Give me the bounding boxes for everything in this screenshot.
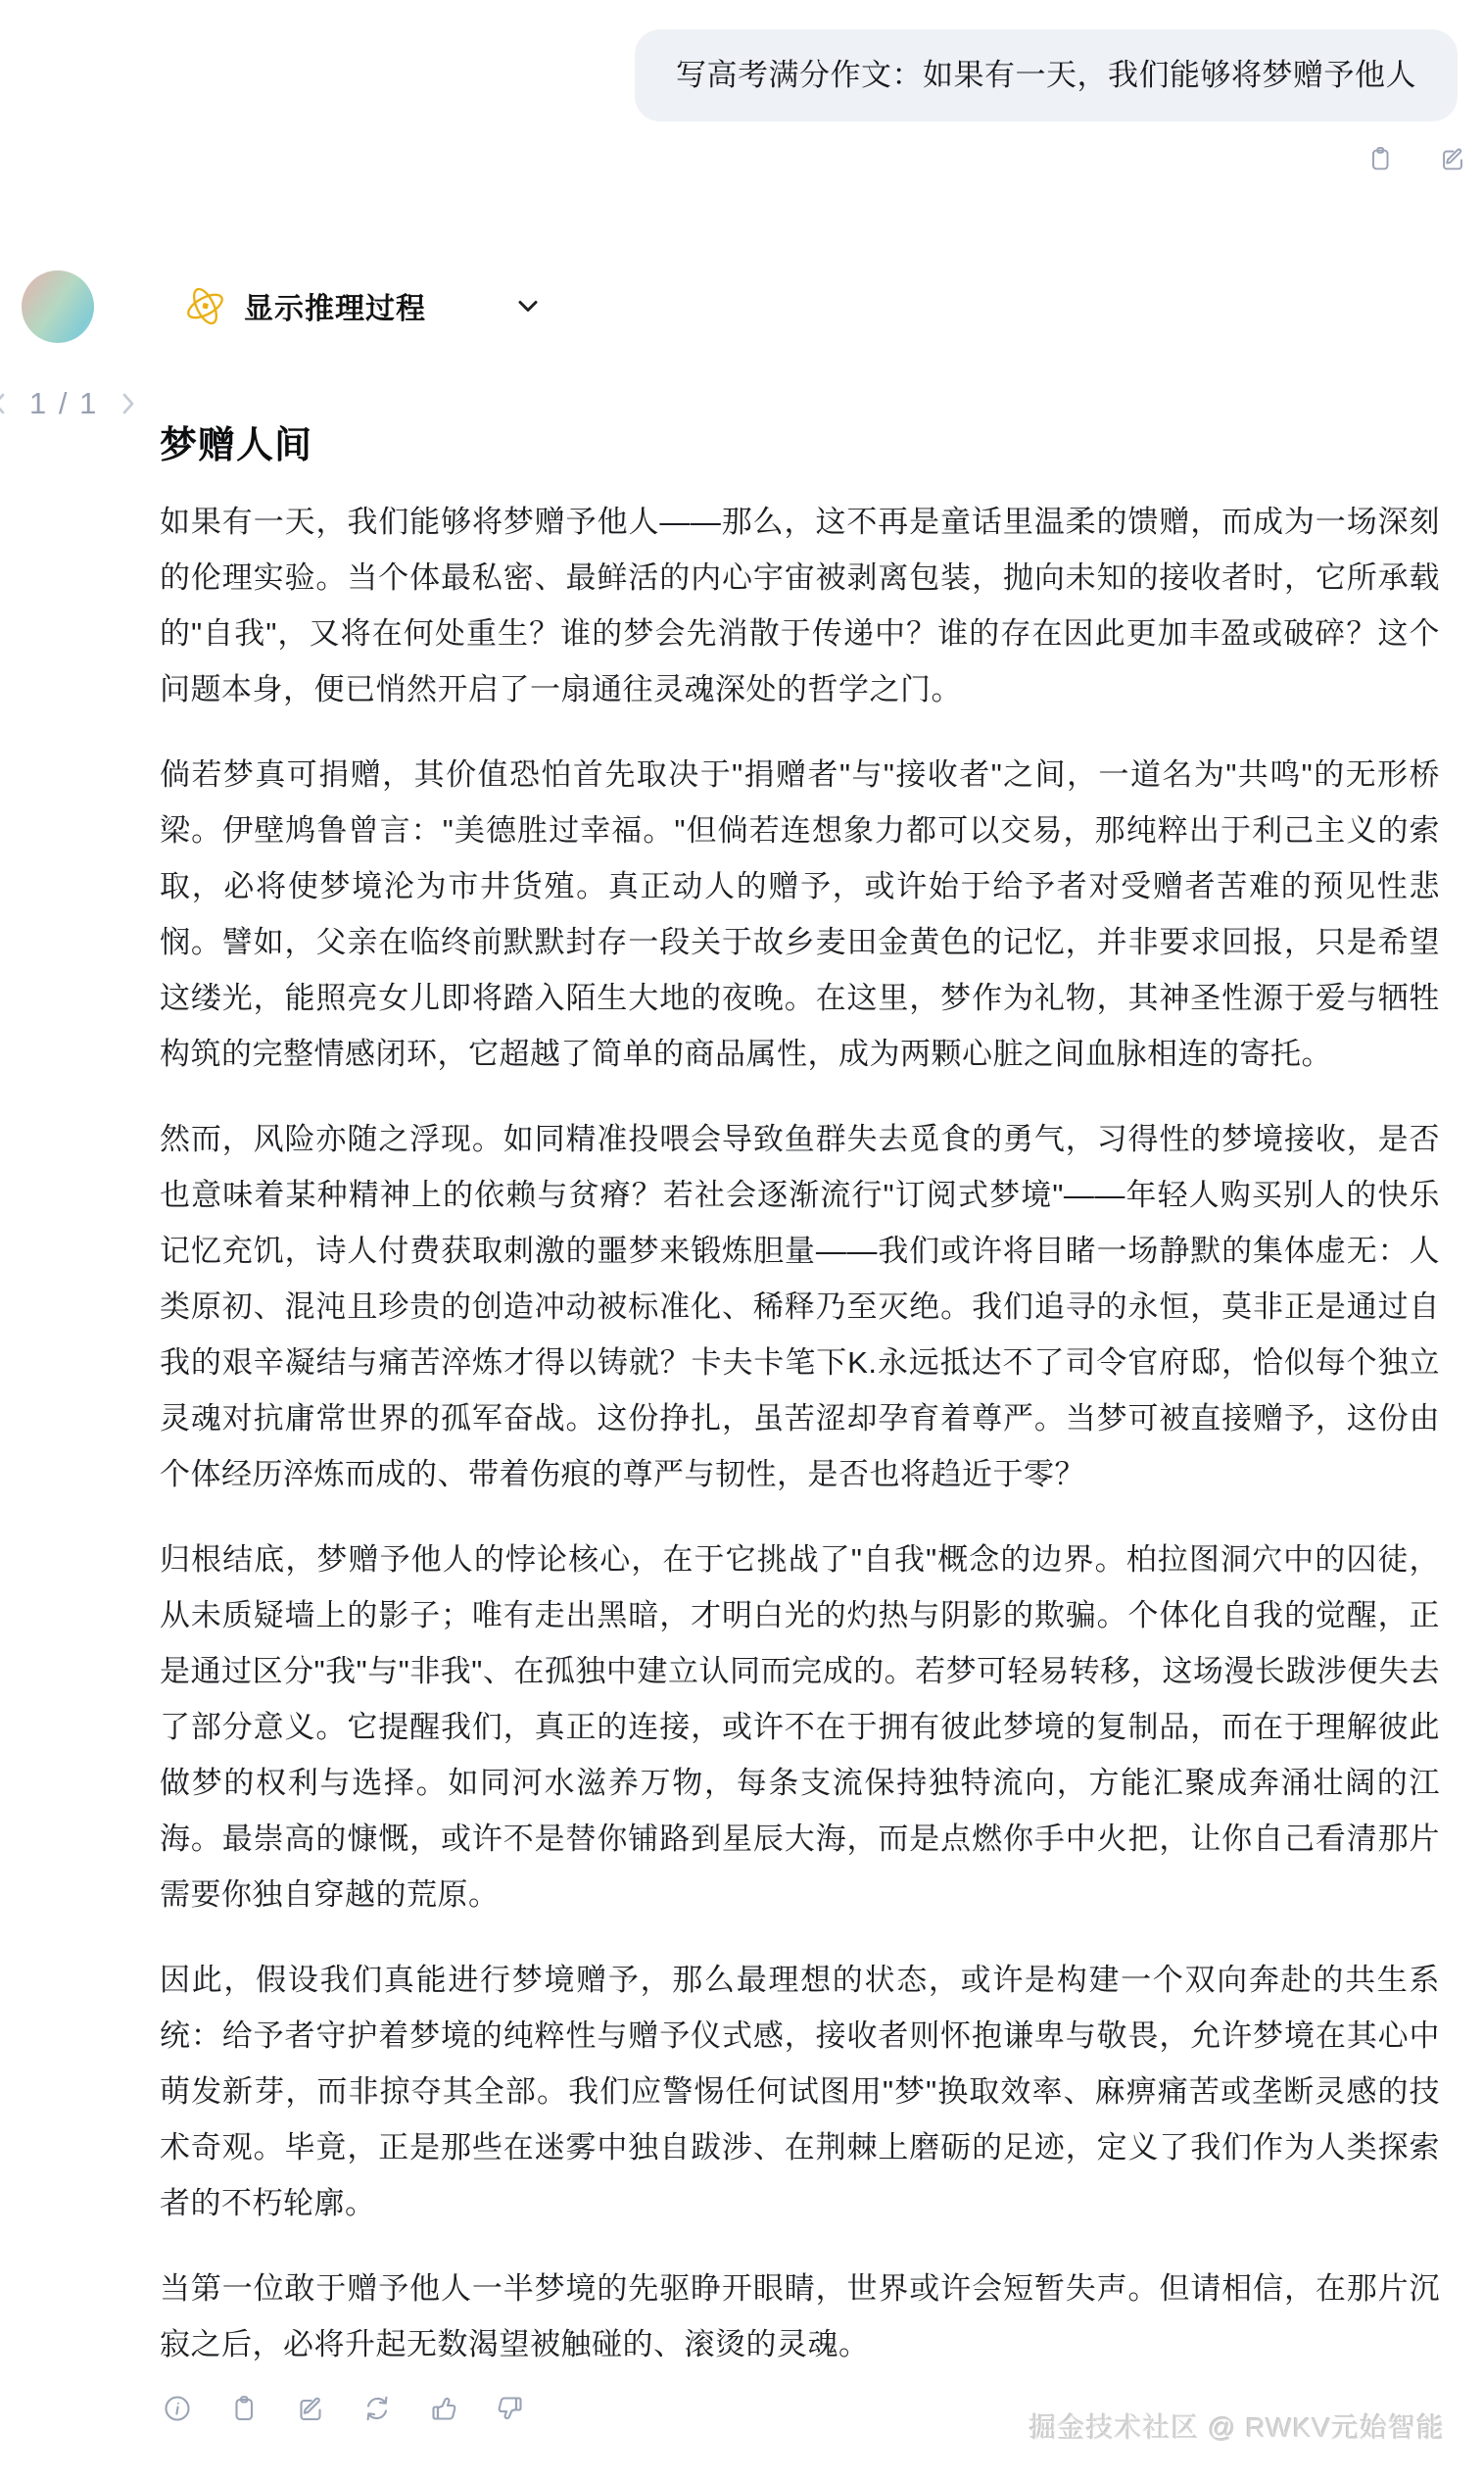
chevron-right-icon[interactable] (118, 390, 139, 417)
reasoning-toggle-label: 显示推理过程 (244, 284, 426, 327)
page-indicator: 1 / 1 (29, 386, 98, 421)
essay-paragraph: 当第一位敢于赠予他人一半梦境的先驱睁开眼睛，世界或许会短暂失声。但请相信，在那片… (160, 2261, 1440, 2372)
user-message-bubble: 写高考满分作文：如果有一天，我们能够将梦赠予他人 (635, 29, 1458, 122)
assistant-answer: 梦赠人间 如果有一天，我们能够将梦赠予他人——那么，这不再是童话里温柔的馈赠，而… (160, 423, 1440, 2402)
atom-icon (182, 283, 228, 329)
copy-icon[interactable] (228, 2393, 260, 2424)
answer-pagination: 1 / 1 (0, 386, 139, 421)
assistant-avatar (22, 270, 94, 343)
user-message-text: 写高考满分作文：如果有一天，我们能够将梦赠予他人 (676, 58, 1416, 92)
refresh-icon[interactable] (361, 2393, 393, 2424)
essay-paragraph: 然而，风险亦随之浮现。如同精准投喂会导致鱼群失去觅食的勇气，习得性的梦境接收，是… (160, 1111, 1440, 1502)
copy-icon[interactable] (1365, 144, 1395, 173)
essay-paragraph: 如果有一天，我们能够将梦赠予他人——那么，这不再是童话里温柔的馈赠，而成为一场深… (160, 494, 1440, 717)
essay-paragraph: 归根结底，梦赠予他人的悖论核心，在于它挑战了"自我"概念的边界。柏拉图洞穴中的囚… (160, 1532, 1440, 1922)
essay-paragraph: 因此，假设我们真能进行梦境赠予，那么最理想的状态，或许是构建一个双向奔赴的共生系… (160, 1952, 1440, 2231)
thumbs-up-icon[interactable] (428, 2393, 459, 2424)
answer-toolbar (162, 2393, 526, 2424)
info-icon[interactable] (162, 2393, 193, 2424)
essay-paragraph: 倘若梦真可捐赠，其价值恐怕首先取决于"捐赠者"与"接收者"之间，一道名为"共鸣"… (160, 747, 1440, 1082)
watermark: 掘金技术社区 @ RWKV元始智能 (1029, 2407, 1445, 2446)
edit-icon[interactable] (295, 2393, 326, 2424)
edit-icon[interactable] (1438, 144, 1467, 173)
reasoning-toggle[interactable]: 显示推理过程 (182, 281, 544, 330)
chat-screen: 写高考满分作文：如果有一天，我们能够将梦赠予他人 显示推理过程 1 / 1 (0, 0, 1484, 2480)
chevron-left-icon[interactable] (0, 390, 10, 417)
essay-title: 梦赠人间 (160, 423, 1440, 468)
thumbs-down-icon[interactable] (495, 2393, 526, 2424)
chevron-down-icon[interactable] (512, 290, 544, 321)
user-message-actions (1365, 144, 1467, 173)
